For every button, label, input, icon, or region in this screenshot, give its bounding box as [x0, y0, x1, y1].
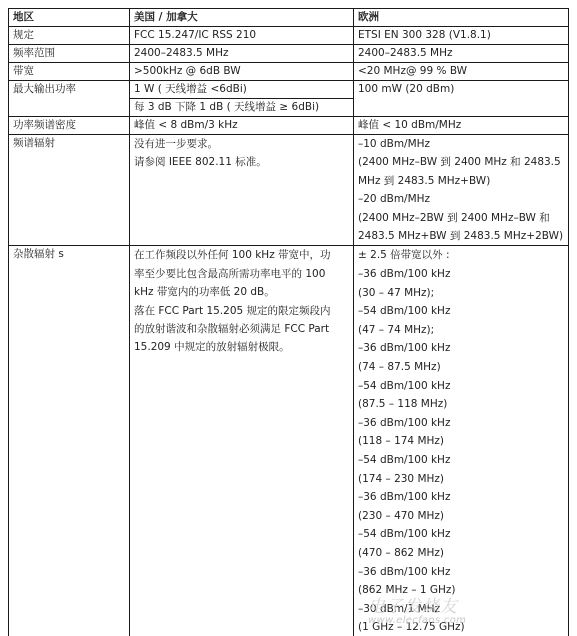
row-label: 频谱辐射: [9, 135, 130, 246]
table-row-spectral-emission: 频谱辐射 没有进一步要求。 请参阅 IEEE 802.11 标准。 –10 dB…: [9, 135, 569, 246]
header-us-canada: 美国 / 加拿大: [130, 9, 354, 27]
header-europe: 欧洲: [354, 9, 569, 27]
eu-value: ± 2.5 倍带宽以外 : –36 dBm/100 kHz (30 – 47 M…: [354, 246, 569, 636]
table-row-bandwidth: 带宽 >500kHz @ 6dB BW <20 MHz@ 99 % BW: [9, 63, 569, 81]
spec-comparison-table: 地区 美国 / 加拿大 欧洲 规定 FCC 15.247/IC RSS 210 …: [8, 8, 569, 636]
header-region: 地区: [9, 9, 130, 27]
eu-value: 100 mW (20 dBm): [354, 81, 569, 117]
row-label: 最大输出功率: [9, 81, 130, 117]
row-label: 杂散辐射 s: [9, 246, 130, 636]
table-header-row: 地区 美国 / 加拿大 欧洲: [9, 9, 569, 27]
us-value: 峰值 < 8 dBm/3 kHz: [130, 117, 354, 135]
table-row-regulation: 规定 FCC 15.247/IC RSS 210 ETSI EN 300 328…: [9, 27, 569, 45]
eu-value: 峰值 < 10 dBm/MHz: [354, 117, 569, 135]
row-label: 频率范围: [9, 45, 130, 63]
eu-value: ETSI EN 300 328 (V1.8.1): [354, 27, 569, 45]
eu-value: <20 MHz@ 99 % BW: [354, 63, 569, 81]
table-row-psd: 功率频谱密度 峰值 < 8 dBm/3 kHz 峰值 < 10 dBm/MHz: [9, 117, 569, 135]
us-value: >500kHz @ 6dB BW: [130, 63, 354, 81]
us-value: 1 W ( 天线增益 <6dBi): [130, 81, 354, 99]
us-value: 没有进一步要求。 请参阅 IEEE 802.11 标准。: [130, 135, 354, 246]
table-row-frequency-range: 频率范围 2400–2483.5 MHz 2400–2483.5 MHz: [9, 45, 569, 63]
row-label: 带宽: [9, 63, 130, 81]
us-value: 2400–2483.5 MHz: [130, 45, 354, 63]
row-label: 功率频谱密度: [9, 117, 130, 135]
table-row-max-output-power: 最大输出功率 1 W ( 天线增益 <6dBi) 100 mW (20 dBm): [9, 81, 569, 99]
eu-value: –10 dBm/MHz (2400 MHz–BW 到 2400 MHz 和 24…: [354, 135, 569, 246]
row-label: 规定: [9, 27, 130, 45]
us-value: 每 3 dB 下降 1 dB ( 天线增益 ≥ 6dBi): [130, 99, 354, 117]
us-value: FCC 15.247/IC RSS 210: [130, 27, 354, 45]
table-row-spurious-emission: 杂散辐射 s 在工作频段以外任何 100 kHz 带宽中，功 率至少要比包含最高…: [9, 246, 569, 636]
us-value: 在工作频段以外任何 100 kHz 带宽中，功 率至少要比包含最高所需功率电平的…: [130, 246, 354, 636]
eu-value: 2400–2483.5 MHz: [354, 45, 569, 63]
